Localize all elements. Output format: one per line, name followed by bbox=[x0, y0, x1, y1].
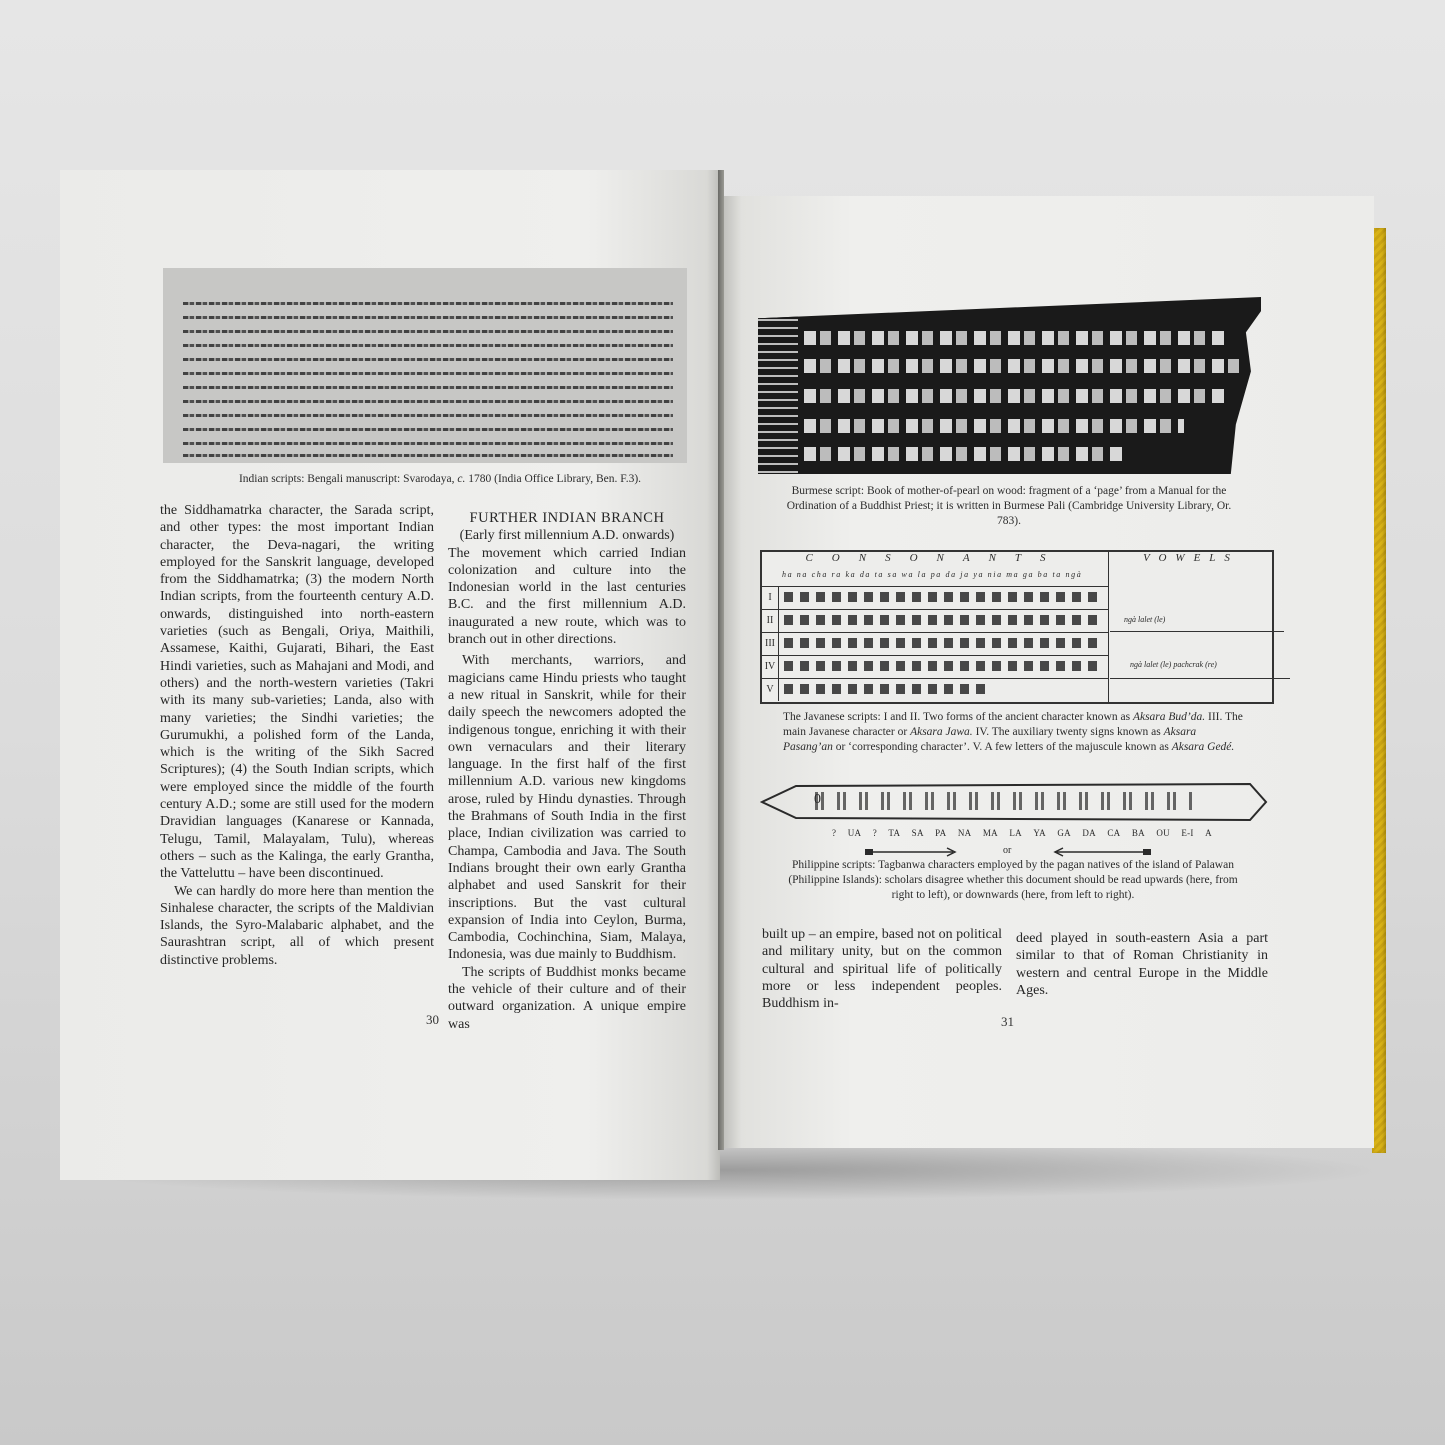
tagbanwa-bamboo-image: 0 bbox=[760, 780, 1268, 824]
javanese-scripts-table: CONSONANTS ha na cha ra ka da ta sa wa l… bbox=[760, 550, 1274, 704]
syllable-label: CA bbox=[1107, 828, 1120, 838]
syllable-label: DA bbox=[1082, 828, 1096, 838]
tagbanwa-syllable-labels: ? UA ? TA SA PA NA MA LA YA GA DA CA BA … bbox=[832, 828, 1212, 838]
caption-text: or ‘corresponding character’. V. A few l… bbox=[833, 741, 1172, 753]
body-paragraph: With merchants, warriors, and magicians … bbox=[448, 652, 686, 963]
table-row: IV bbox=[762, 655, 1108, 679]
vowel-note: ngà lalet (le) bbox=[1110, 609, 1284, 632]
syllable-label: TA bbox=[888, 828, 900, 838]
caption-italic: Aksara Jawa. bbox=[910, 726, 973, 738]
caption-text: IV. The auxiliary twenty signs known as bbox=[973, 726, 1164, 738]
javanese-figure-caption: The Javanese scripts: I and II. Two form… bbox=[783, 710, 1243, 755]
right-page-column-1: built up – an empire, based not on polit… bbox=[762, 926, 1002, 1012]
table-row: V bbox=[762, 678, 1108, 701]
book-gutter bbox=[718, 170, 724, 1150]
row-numeral: I bbox=[762, 586, 779, 609]
syllable-label: LA bbox=[1009, 828, 1022, 838]
table-row: I bbox=[762, 586, 1108, 610]
syllable-label: NA bbox=[958, 828, 972, 838]
syllable-label: A bbox=[1205, 828, 1212, 838]
consonant-syllables: ha na cha ra ka da ta sa wa la pa da ja … bbox=[782, 570, 1082, 579]
left-page-column-1: the Siddhamatrka character, the Sarada s… bbox=[160, 502, 434, 969]
caption-text-suffix: 1780 (India Office Library, Ben. F.3). bbox=[465, 473, 641, 485]
row-numeral: III bbox=[762, 632, 779, 655]
syllable-label: BA bbox=[1132, 828, 1145, 838]
body-paragraph: We can hardly do more here than mention … bbox=[160, 883, 434, 969]
page-number-right: 31 bbox=[1001, 1014, 1014, 1030]
bengali-manuscript-image bbox=[163, 268, 687, 463]
section-subheading: (Early first millennium A.D. onwards) bbox=[448, 527, 686, 544]
or-label: or bbox=[1003, 845, 1011, 856]
row-numeral: V bbox=[762, 678, 779, 701]
syllable-label: MA bbox=[983, 828, 998, 838]
syllable-label: PA bbox=[935, 828, 946, 838]
syllable-label: UA bbox=[848, 828, 862, 838]
syllable-label: ? bbox=[873, 828, 877, 838]
vowels-header: VOWELS bbox=[1112, 552, 1270, 586]
body-paragraph: built up – an empire, based not on polit… bbox=[762, 926, 1002, 1012]
caption-text: Indian scripts: Bengali manuscript: Svar… bbox=[239, 473, 457, 485]
body-paragraph: deed played in south-eastern Asia a part… bbox=[1016, 930, 1268, 999]
philippine-figure-caption: Philippine scripts: Tagbanwa characters … bbox=[783, 858, 1243, 903]
yellow-book-cover-edge bbox=[1372, 228, 1386, 1153]
syllable-label: OU bbox=[1156, 828, 1170, 838]
right-page-column-2: deed played in south-eastern Asia a part… bbox=[1016, 930, 1268, 999]
syllable-label: GA bbox=[1057, 828, 1071, 838]
reading-direction-arrows-icon bbox=[865, 846, 1165, 858]
syllable-label: E-I bbox=[1181, 828, 1193, 838]
caption-italic: Aksara Bud’da. bbox=[1133, 711, 1205, 723]
body-paragraph: the Siddhamatrka character, the Sarada s… bbox=[160, 502, 434, 883]
syllable-label: SA bbox=[912, 828, 924, 838]
body-paragraph: The scripts of Buddhist monks became the… bbox=[448, 964, 686, 1033]
table-row: III bbox=[762, 632, 1108, 656]
syllable-label: YA bbox=[1033, 828, 1046, 838]
burmese-figure-caption: Burmese script: Book of mother-of-pearl … bbox=[783, 484, 1235, 529]
burmese-mother-of-pearl-image bbox=[758, 297, 1261, 474]
page-number-left: 30 bbox=[426, 1012, 439, 1028]
vowel-note: ngà lalet (le) pachcrak (re) bbox=[1110, 654, 1290, 679]
body-paragraph: The movement which carried Indian coloni… bbox=[448, 545, 686, 649]
caption-text: The Javanese scripts: I and II. Two form… bbox=[783, 711, 1133, 723]
table-row: II bbox=[762, 609, 1108, 633]
left-page-column-2: FURTHER INDIAN BRANCH (Early first mille… bbox=[448, 510, 686, 1033]
section-heading: FURTHER INDIAN BRANCH bbox=[448, 510, 686, 527]
caption-italic: Aksara Gedé. bbox=[1172, 741, 1235, 753]
syllable-label: ? bbox=[832, 828, 836, 838]
row-numeral: II bbox=[762, 609, 779, 632]
tagbanwa-zero: 0 bbox=[814, 792, 821, 808]
row-numeral: IV bbox=[762, 655, 779, 678]
bengali-figure-caption: Indian scripts: Bengali manuscript: Svar… bbox=[180, 472, 700, 487]
